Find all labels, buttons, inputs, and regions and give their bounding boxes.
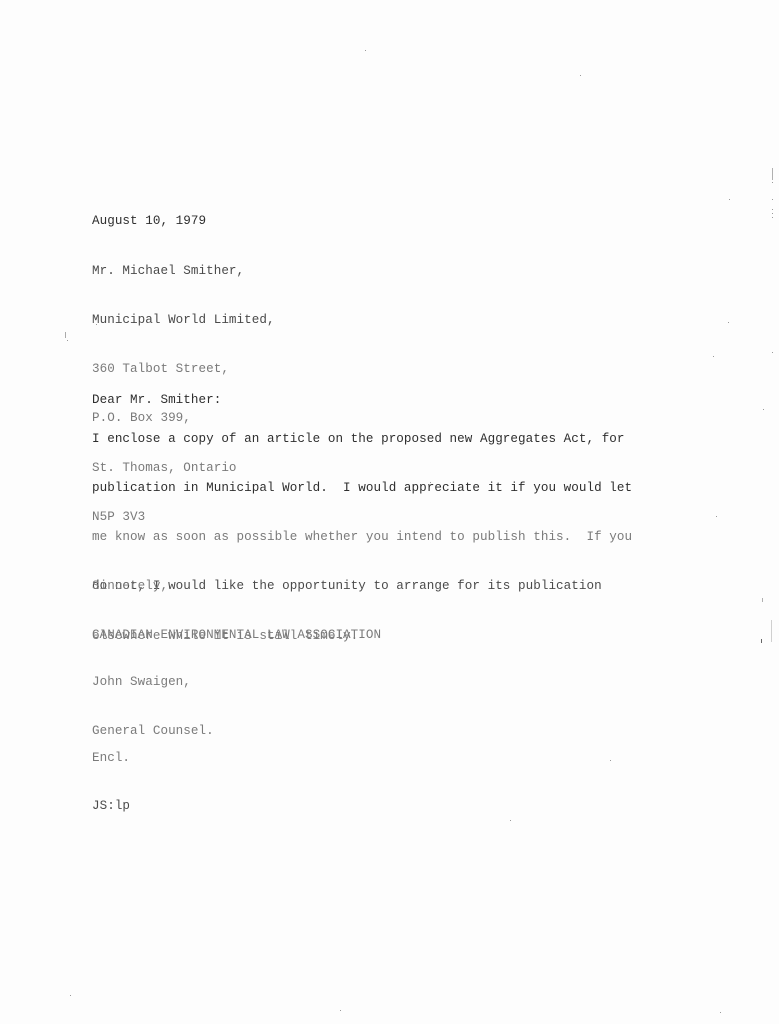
body-line: publication in Municipal World. I would … <box>92 480 632 496</box>
scan-speck <box>772 217 773 218</box>
body-line: me know as soon as possible whether you … <box>92 529 632 545</box>
recipient-name: Mr. Michael Smither, <box>92 263 275 279</box>
scan-edge-mark <box>772 168 773 180</box>
scan-speck <box>510 820 511 821</box>
complimentary-close: Sincerely, <box>92 578 381 594</box>
scan-speck <box>772 209 773 210</box>
scan-speck <box>763 409 764 410</box>
scan-edge-mark <box>761 639 762 643</box>
reference-initials: JS:lp <box>92 765 130 847</box>
scan-edge-mark <box>771 620 772 642</box>
scan-speck <box>772 182 773 183</box>
scan-speck <box>772 352 773 353</box>
scan-speck <box>716 516 717 517</box>
scan-speck <box>713 356 714 357</box>
scan-speck <box>70 995 71 996</box>
enclosure-text: Encl. <box>92 750 130 766</box>
scan-edge-mark <box>65 332 66 338</box>
scan-speck <box>430 482 431 483</box>
scan-speck <box>729 199 730 200</box>
recipient-company: Municipal World Limited, <box>92 312 275 328</box>
scan-speck <box>610 760 611 761</box>
date-text: August 10, 1979 <box>92 213 206 229</box>
scan-speck <box>720 1012 721 1013</box>
scan-speck <box>67 340 68 341</box>
body-line: I enclose a copy of an article on the pr… <box>92 431 632 447</box>
scan-speck <box>772 199 773 200</box>
scan-speck <box>365 50 366 51</box>
scan-edge-mark <box>762 598 763 602</box>
scan-speck <box>96 324 97 325</box>
scan-speck <box>340 1010 341 1011</box>
initials-text: JS:lp <box>92 798 130 814</box>
scan-speck <box>728 322 729 323</box>
scan-speck <box>580 75 581 76</box>
scan-speck <box>772 213 773 214</box>
letter-page: August 10, 1979 Mr. Michael Smither, Mun… <box>0 0 779 1024</box>
signer-name: John Swaigen, <box>92 674 214 690</box>
